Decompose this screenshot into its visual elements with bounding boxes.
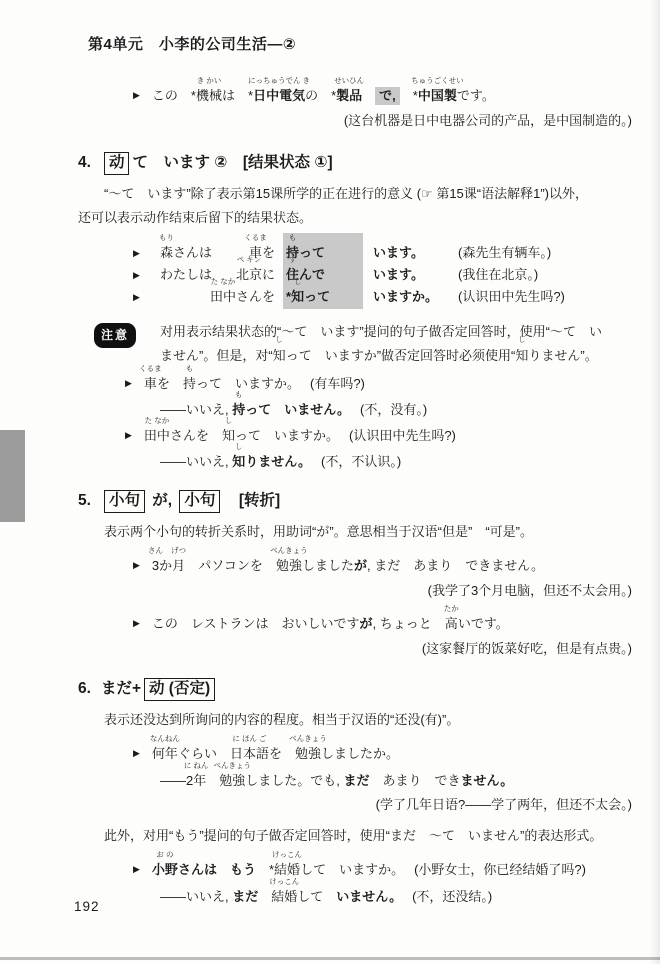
note-example-reply: ——いいえ, し知りません。(不，不认识。) <box>78 451 632 472</box>
example-reply: ——に ねん2年 べんきょう勉強しました。でも, まだ あまり できません。 <box>78 770 632 791</box>
example-jp-text: お の小野さんは もう *けっこん結婚して いますか。 <box>152 862 404 877</box>
section-4-intro-line-1: “～て います”除了表示第15课所学的正在进行的意义 (☞ 第15课“语法解释1… <box>78 182 632 206</box>
translation-text: (有车吗?) <box>310 376 365 391</box>
object-text: ペ キン北京に <box>236 264 275 286</box>
bullet-icon: ▶ <box>133 748 140 758</box>
example-reply: ——いいえ, まだ けっこん結婚して いません。(不，还没结。) <box>78 886 632 907</box>
reply-jp-text: ——いいえ, し知りません。 <box>160 454 311 469</box>
example-jp-text: この *き かい機械は *にっちゅうでん き日中電気の *せいひん製品 で, *… <box>152 88 495 103</box>
translation-text: (小野女士，你已经结婚了吗?) <box>414 862 586 877</box>
bullet-icon: ▶ <box>133 618 140 628</box>
section-4-examples: ▶ もり森さんはくるま車を も持って います。 (森先生有辆车。) ▶ わたしは… <box>78 242 632 308</box>
scan-artifact-right <box>650 0 660 964</box>
bullet-icon: ▶ <box>133 90 140 100</box>
translation-text: (这家餐厅的饭菜好吃，但是有点贵。) <box>78 638 632 660</box>
translation-text: (不，没有。) <box>360 402 427 417</box>
subject-text: わたしは <box>160 264 212 286</box>
unit-header: 第4单元 小李的公司生活—② <box>88 34 632 56</box>
object-text: た なか田中さんを <box>210 286 275 308</box>
translation-text: (不，还没结。) <box>412 889 492 904</box>
verb-ending: いますか。 <box>363 286 458 308</box>
translation-text: (不，不认识。) <box>321 454 401 469</box>
example-jp-text: この レストランは おいしいですが, ちょっと たか高いです。 <box>152 616 509 631</box>
bullet-icon: ▶ <box>133 248 140 258</box>
reply-jp-text: ——いいえ, まだ けっこん結婚して いません。 <box>160 889 402 904</box>
note-text-line-2: ません”。但是，对“し知って いますか”做否定回答时必须使用“し知りません”。 <box>160 344 632 368</box>
example-sentence: ▶さん3かげつ月 パソコンを べんきょう勉強しましたが, まだ あまり できませ… <box>78 554 632 577</box>
bullet-icon: ▶ <box>133 864 140 874</box>
bullet-icon: ▶ <box>125 430 132 440</box>
section-number: 6. <box>78 680 91 697</box>
translation-text: (森先生有辆车。) <box>458 242 632 264</box>
translation-text: (学了几年日语?——学了两年，但还不太会。) <box>78 794 632 816</box>
translation-text: (认识田中先生吗?) <box>458 286 632 308</box>
bullet-icon: ▶ <box>133 292 140 302</box>
section-number: 5. <box>78 492 91 509</box>
section-6-heading: 6.まだ+动 (否定) <box>78 676 632 702</box>
translation-text: (这台机器是日中电器公司的产品，是中国制造的。) <box>78 110 632 132</box>
example-row: ▶ もり森さんはくるま車を も持って います。 (森先生有辆车。) <box>133 242 632 264</box>
reply-jp-text: ——に ねん2年 べんきょう勉強しました。でも, まだ あまり できません。 <box>160 773 513 788</box>
section-title: 小句 が, 小句 [转折] <box>101 492 280 509</box>
example-jp-text: た なか田中さんを し知って いますか。 <box>144 428 339 443</box>
section-5-intro: 表示两个小句的转折关系时，用助词“が”。意思相当于汉语“但是” “可是”。 <box>78 520 632 544</box>
bullet-icon: ▶ <box>133 560 140 570</box>
scan-artifact-bottom <box>0 957 660 960</box>
example-jp-text: さん3かげつ月 パソコンを べんきょう勉強しましたが, まだ あまり できません… <box>152 558 544 573</box>
verb-ending: います。 <box>363 242 458 264</box>
bullet-icon: ▶ <box>133 270 140 280</box>
section-number: 4. <box>78 154 91 171</box>
textbook-page: 第4单元 小李的公司生活—② ▶この *き かい機械は *にっちゅうでん き日中… <box>0 0 660 964</box>
section-title: まだ+动 (否定) <box>101 680 218 697</box>
section-5-heading: 5.小句 が, 小句 [转折] <box>78 488 632 514</box>
subject-text: もり森さんは <box>160 242 212 264</box>
example-jp-text: くるま車を も持って いますか。 <box>144 376 300 391</box>
chapter-side-tab <box>0 430 25 522</box>
example-row: ▶ た なか田中さんを *し知って いますか。 (认识田中先生吗?) <box>133 286 632 308</box>
example-sentence: ▶この レストランは おいしいですが, ちょっと たか高いです。 <box>78 612 632 635</box>
section-4-intro-line-2: 还可以表示动作结束后留下的结果状态。 <box>78 206 632 230</box>
highlighted-verb: *し知って <box>283 286 363 308</box>
translation-text: (认识田中先生吗?) <box>349 428 456 443</box>
example-sentence: ▶この *き かい機械は *にっちゅうでん き日中電気の *せいひん製品 で, … <box>78 84 632 107</box>
note-text-line-1: 对用表示结果状态的“～て います”提问的句子做否定回答时，使用“～て い <box>160 320 632 344</box>
section-title: 动て います ② [结果状态 ①] <box>101 154 333 171</box>
example-sentence: ▶お の小野さんは もう *けっこん結婚して いますか。(小野女士，你已经结婚了… <box>78 858 632 881</box>
section-4-heading: 4.动て います ② [结果状态 ①] <box>78 150 632 176</box>
note-block: 注意 对用表示结果状态的“～て います”提问的句子做否定回答时，使用“～て い … <box>78 320 632 368</box>
example-row: ▶ わたしはペ キン北京に す住んで います。 (我住在北京。) <box>133 264 632 286</box>
page-number: 192 <box>74 896 100 918</box>
note-example: ▶くるま車を も持って いますか。(有车吗?) <box>78 373 632 394</box>
note-badge: 注意 <box>94 323 136 348</box>
example-sentence: ▶なんねん何年ぐらい に ほん ご日本語を べんきょう勉強しましたか。 <box>78 742 632 765</box>
translation-text: (我学了3个月电脑，但还不太会用。) <box>78 580 632 602</box>
verb-ending: います。 <box>363 264 458 286</box>
section-6-extra-note: 此外，对用“もう”提问的句子做否定回答时，使用“まだ ～て いません”的表达形式… <box>78 824 632 848</box>
note-example: ▶た なか田中さんを し知って いますか。(认识田中先生吗?) <box>78 425 632 446</box>
translation-text: (我住在北京。) <box>458 264 632 286</box>
section-6-intro: 表示还没达到所询问的内容的程度。相当于汉语的“还没(有)”。 <box>78 708 632 732</box>
bullet-icon: ▶ <box>125 378 132 388</box>
example-jp-text: なんねん何年ぐらい に ほん ご日本語を べんきょう勉強しましたか。 <box>152 746 399 761</box>
reply-jp-text: ——いいえ, も持って いません。 <box>160 402 350 417</box>
